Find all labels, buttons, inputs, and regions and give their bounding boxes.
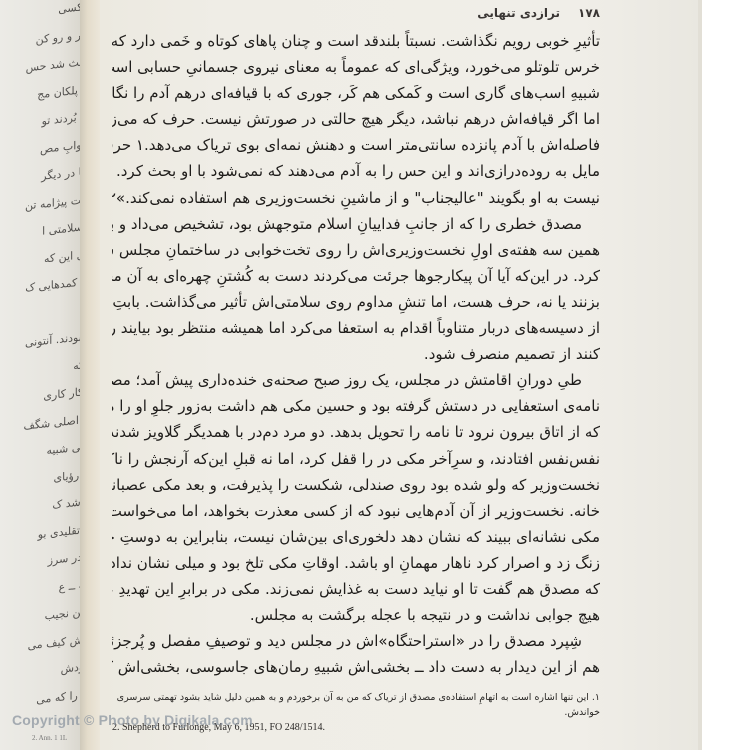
left-page-text-fragment: وابسته xyxy=(0,299,84,328)
text-line: شِپرد مصدق را در «استراحتگاه»اش در مجلس … xyxy=(112,628,600,654)
text-line: مکی نشانه‌ای ببیند که نشان دهد دلخوری‌ای… xyxy=(112,524,600,550)
text-line: از دسیسه‌های دربار متناوباً اقدام به است… xyxy=(112,315,600,341)
left-page-text-fragment: روزگاری در سرز xyxy=(0,546,84,575)
left-page-text-fragment: به مادهی اصلی شگف xyxy=(0,409,84,438)
text-line: نفس‌نفس افتادند، و سرِآخر مکی در را قفل … xyxy=(112,446,600,472)
left-page-text-fragment: سال اش تقلیدی بو xyxy=(0,519,84,548)
left-page-text-fragment: و اولین تکه xyxy=(0,354,84,383)
left-page-text-fragment: سنگینی اش کیف می xyxy=(0,629,84,658)
text-line: شبیهِ اسب‌های گاری است و کَمکی هم کَر، ج… xyxy=(112,80,600,106)
left-page-text-fragment: هلفی بود رؤیای xyxy=(0,464,84,493)
left-page-text-fragment: این که خودش xyxy=(0,656,84,685)
left-page-footer: 2. Ann. 1 1L xyxy=(32,734,67,742)
text-line: زنگ زد و اصرار کرد ناهار مهمانِ او باشد.… xyxy=(112,550,600,576)
left-page-text-fragment: که دو دست پیژامه تن xyxy=(0,189,84,218)
body-text: تأثیرِ خوبی رویم نگذاشت. نسبتاً بلندقد ا… xyxy=(112,28,600,680)
left-page-text-fragment: است برای این که xyxy=(0,244,84,273)
left-page-text-fragment: بود وضع سلامتی ا xyxy=(0,216,84,245)
text-line: کنند از تصمیم منصرف شود. xyxy=(112,341,600,367)
text-line: بزنند یا نه، حرف هست، اما تنشِ مداوم روی… xyxy=(112,289,600,315)
left-page-text-fragment: تولید می شد ک xyxy=(0,491,84,520)
text-line: که مصدق هم گفت تا او نیاید دست به غذایش … xyxy=(112,576,600,602)
left-page-text-fragment: عاشقش بودند. آنتونی xyxy=(0,326,84,355)
text-line: فاصله‌اش با آدم پانزده سانتی‌متر است و د… xyxy=(112,132,600,158)
left-page-text-fragment: و در ادامه ــ ع xyxy=(0,574,84,603)
left-page-text-fragment: سرو ری کسی xyxy=(0,0,84,25)
left-page-text-fragment: اگر چیزی را که می xyxy=(0,684,84,713)
text-line: اما اگر قیافه‌اش درهم نباشد، دیگر هیچ حا… xyxy=(112,106,600,132)
text-line: هیچ جوابی نداشت و در نتیجه با عجله برگشت… xyxy=(112,602,600,628)
left-page: سرو ری کسیپیش‌تر سر و رو کنبود که باعث ش… xyxy=(0,0,84,750)
left-page-text-fragment: در اتاق خوابِ مص xyxy=(0,134,84,163)
left-page-text-fragment: می شد این نجیب xyxy=(0,601,84,630)
text-line: خانه. نخست‌وزیر از آن آدم‌هایی نبود که ا… xyxy=(112,498,600,524)
page-edge xyxy=(698,0,702,750)
page-header: ۱۷۸ ترازدی تنهایی xyxy=(477,6,600,20)
text-line: نامه‌ی استعفایی در دستش گرفته بود و حسین… xyxy=(112,393,600,419)
left-page-text-fragment: بعد من را بُردند تو xyxy=(0,106,84,135)
left-page-text-fragment: پیدا شد. کار کاری xyxy=(0,381,84,410)
text-line: نیست به او بگویند "عالیجناب" و از ماشینِ… xyxy=(112,185,600,211)
left-page-text-fragment: پیش‌تر سر و رو کن xyxy=(0,24,84,53)
book-photo: سرو ری کسیپیش‌تر سر و رو کنبود که باعث ش… xyxy=(0,0,750,750)
text-line: که از اتاق بیرون نرود تا نامه را تحویل ب… xyxy=(112,419,600,445)
text-line: مایل به روده‌درازی‌اند و این حس را به آد… xyxy=(112,158,600,184)
left-page-text-fragment: بود که باعث شد حس xyxy=(0,51,84,80)
text-line: همین سه هفته‌ی اولِ نخست‌وزیری‌اش را روی… xyxy=(112,237,600,263)
text-line: مصدق خطری را که از جانبِ فداییانِ اسلام … xyxy=(112,211,600,237)
text-line: خرس تلوتلو می‌خورد، ویژگی‌ای که عموماً ب… xyxy=(112,54,600,80)
text-line: طیِ دورانِ اقامتش در مجلس، یک روز صبح صح… xyxy=(112,367,600,393)
text-line: نخست‌وزیر که ولو شده بود روی صندلی، شکست… xyxy=(112,472,600,498)
left-page-text-fragment: کلفت‌ها و کمدهایی ک xyxy=(0,271,84,300)
left-page-text-fragment: باغ و دو تا در دیگر xyxy=(0,161,84,190)
text-line: کرد. در این‌که آیا آن پیکارجوها جرئت می‌… xyxy=(112,263,600,289)
book-gutter xyxy=(80,0,102,750)
text-line: هم از این دیدار به دست داد ــ بخشی‌اش شب… xyxy=(112,654,600,680)
left-page-text-fragment: و به بالای پلکان مج xyxy=(0,79,84,108)
text-line: تأثیرِ خوبی رویم نگذاشت. نسبتاً بلندقد ا… xyxy=(112,28,600,54)
copyright-watermark: Copyright © Photo by Digikala.com xyxy=(12,712,253,728)
page-number: ۱۷۸ xyxy=(578,6,600,20)
running-title: ترازدی تنهایی xyxy=(477,6,560,20)
left-page-text-fragment: مزد و کلهی شبیه xyxy=(0,436,84,465)
